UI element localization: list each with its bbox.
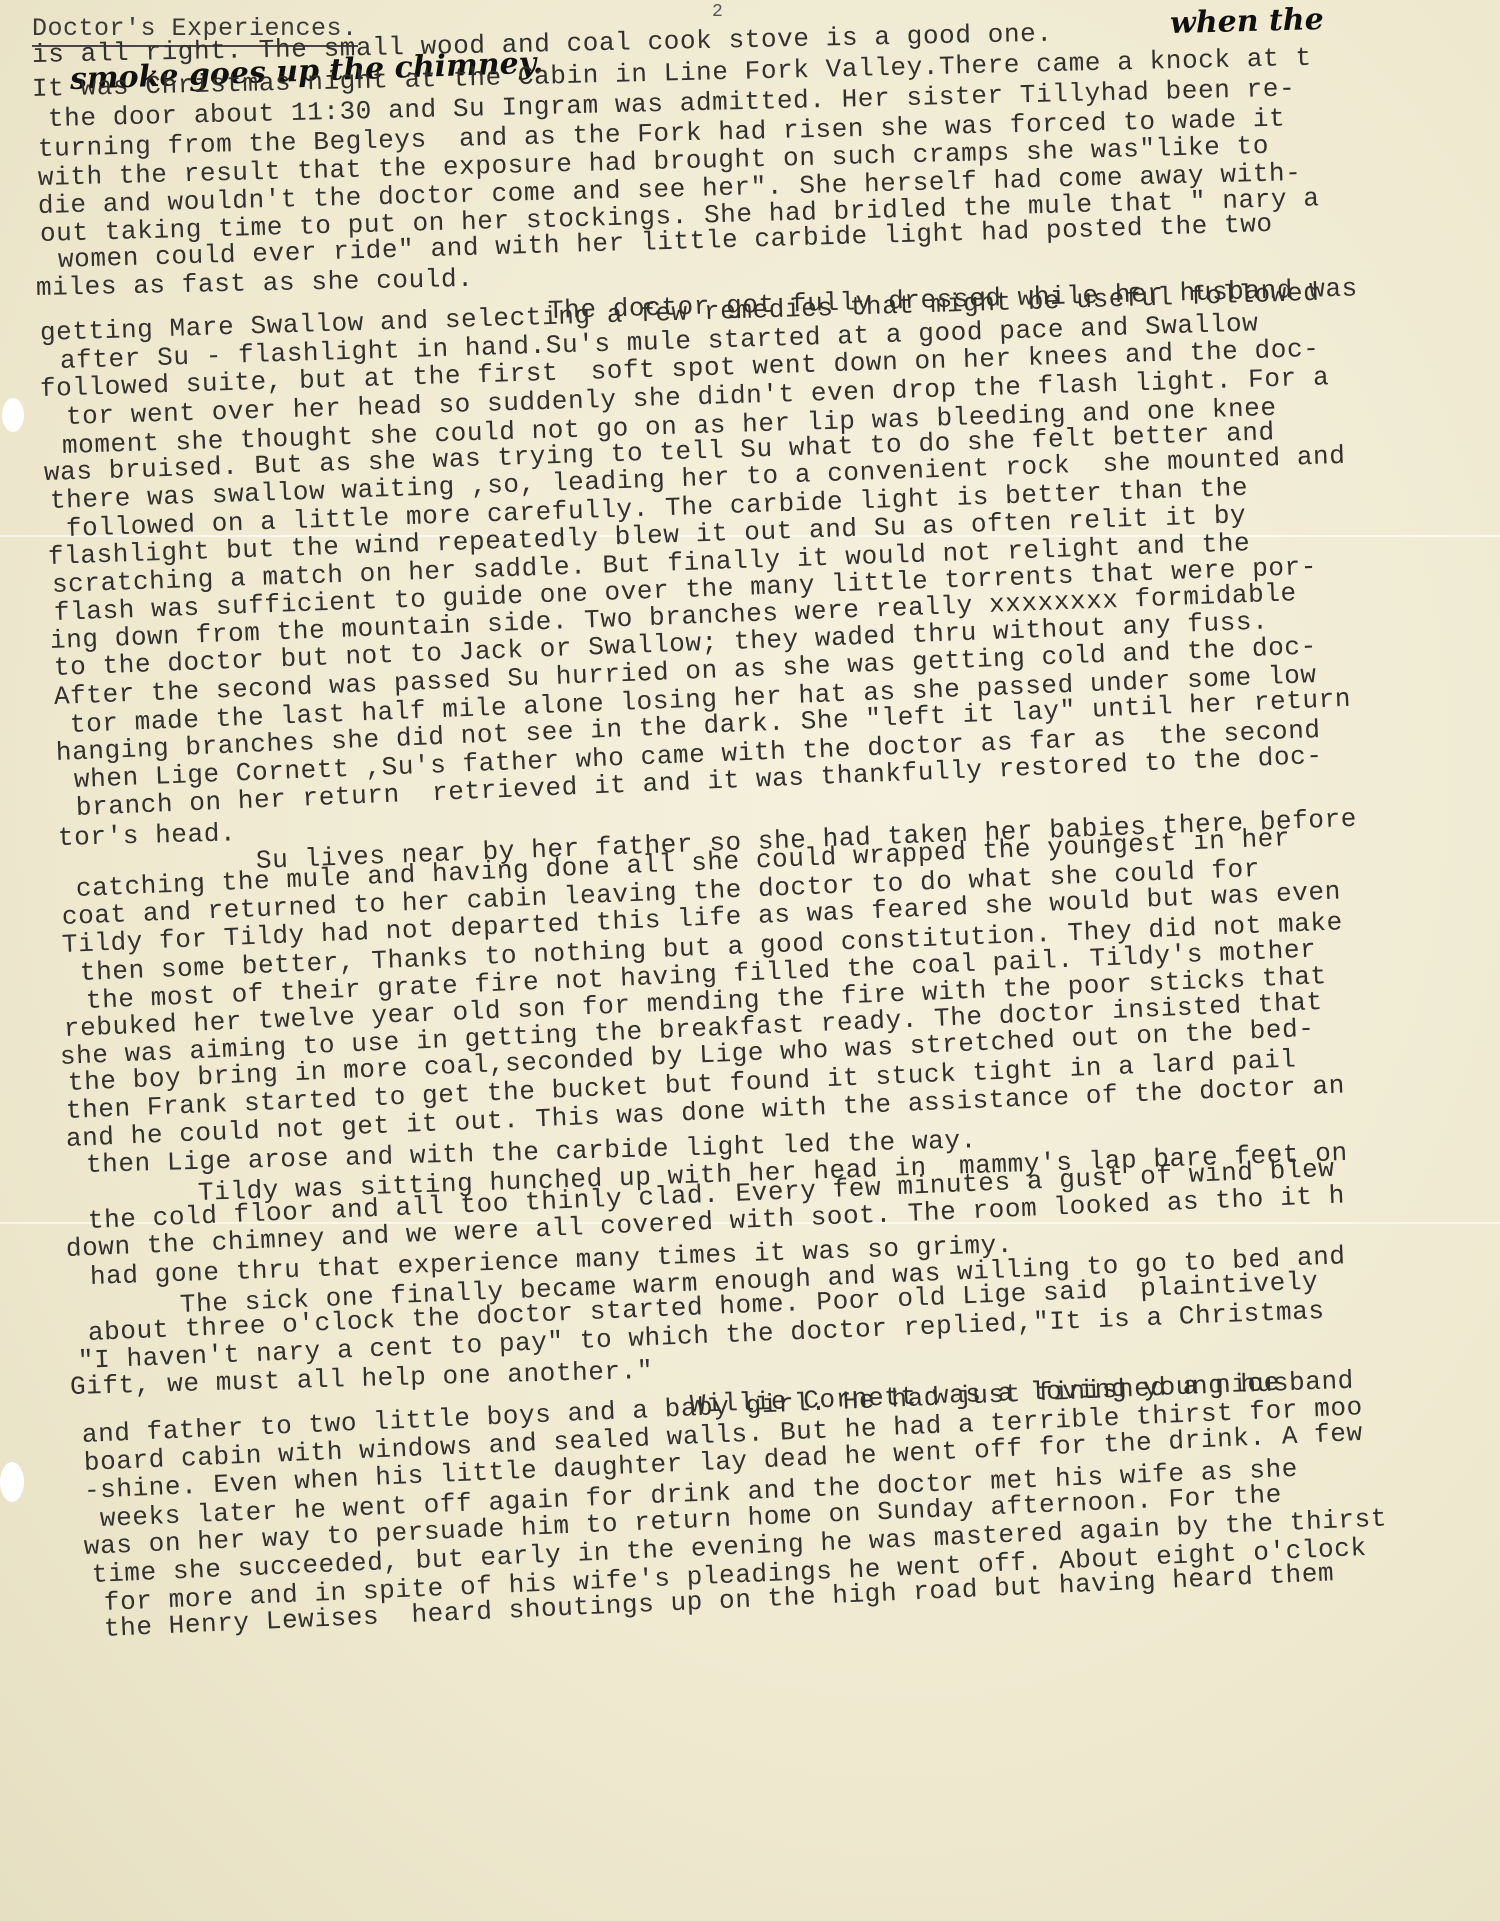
typewritten-page: 2 Doctor's Experiences. when the smoke g… — [0, 0, 1500, 1921]
punch-hole — [0, 1462, 24, 1502]
text-line: tor's head. — [58, 818, 237, 853]
handwritten-note: when the — [1170, 2, 1325, 41]
punch-hole — [2, 398, 24, 432]
page-number: 2 — [712, 2, 723, 22]
